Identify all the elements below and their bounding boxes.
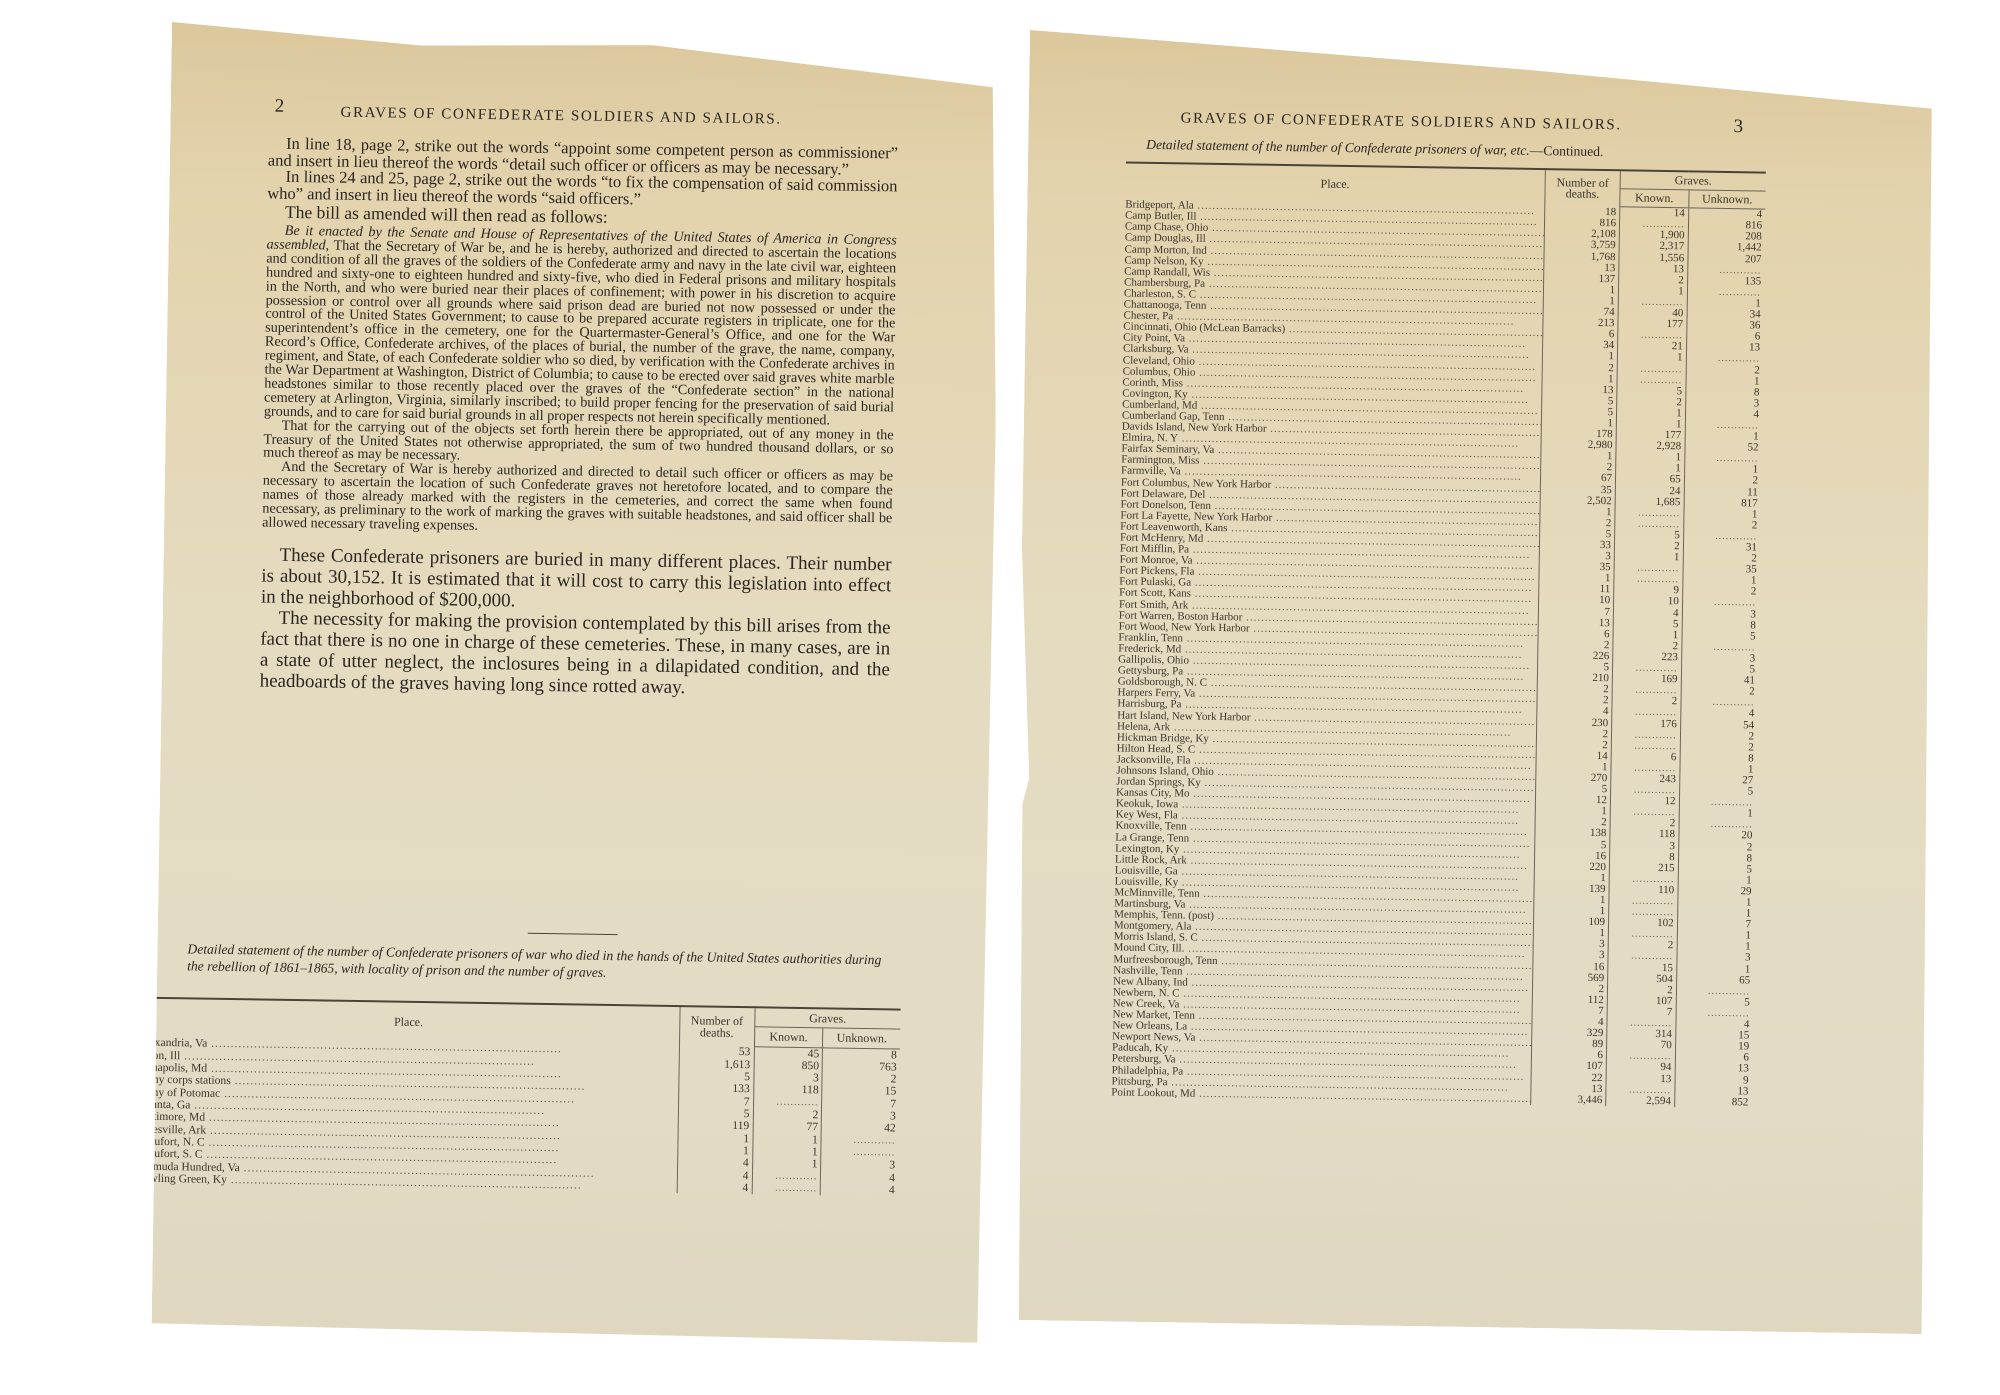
known-cell: 2,594 [1606, 1095, 1675, 1107]
place-name: Alexandria, Va [138, 1037, 208, 1050]
place-name: Bridgeport, Ala [1125, 199, 1194, 211]
body-text: In line 18, page 2, strike out the words… [259, 136, 898, 702]
col-header-unknown: Unknown. [823, 1028, 900, 1049]
page-number: 3 [1733, 116, 1743, 138]
deaths-cell: 1 [677, 1144, 752, 1157]
place-name: Newbern, N. C [1113, 987, 1180, 999]
table-caption: Detailed statement of the number of Conf… [1146, 136, 1846, 164]
place-name: Pittsburg, Pa [1111, 1076, 1167, 1088]
prisoner-graves-table-continued: Place. Number of deaths. Graves. Known. … [1111, 162, 1766, 1109]
left-page: 2 GRAVES OF CONFEDERATE SOLDIERS AND SAI… [151, 22, 1001, 1343]
deaths-cell: 4 [677, 1169, 752, 1182]
col-header-known: Known. [754, 1027, 823, 1047]
place-name: Franklin, Tenn [1118, 632, 1183, 644]
running-head: GRAVES OF CONFEDERATE SOLDIERS AND SAILO… [340, 105, 781, 129]
deaths-cell: 1 [677, 1132, 752, 1145]
col-header-deaths: Number of deaths. [679, 1006, 755, 1046]
bill-section-1: That the Secretary of War be, and he is … [264, 237, 897, 428]
place-name: Helena, Ark [1117, 721, 1170, 733]
place-name: Key West, Fla [1116, 810, 1178, 822]
unknown-cell: 852 [1674, 1096, 1751, 1108]
known-cell: 45 [754, 1046, 823, 1060]
prisoner-graves-table: Place. Number of deaths. Graves. Known. … [136, 997, 901, 1197]
place-name: Clarksburg, Va [1123, 344, 1189, 356]
bill-section-3: And the Secretary of War is hereby autho… [262, 461, 893, 540]
deaths-cell: 53 [679, 1045, 754, 1059]
place-name: Farmville, Va [1121, 466, 1181, 478]
unknown-cell: ............ [821, 1134, 898, 1148]
place-name: Louisville, Ky [1115, 876, 1179, 888]
table-caption: Detailed statement of the number of Conf… [187, 940, 897, 985]
deaths-cell: 133 [678, 1083, 753, 1096]
unknown-cell: 3 [821, 1159, 898, 1173]
place-name: Louisville, Ga [1115, 865, 1178, 877]
place-name: Covington, Ky [1122, 388, 1188, 400]
known-cell: 1 [752, 1158, 821, 1171]
known-cell: ............ [752, 1182, 821, 1195]
report-text: These Confederate prisoners are buried i… [259, 544, 891, 701]
known-cell: ............ [752, 1170, 821, 1183]
place-name: Army of Potomac [137, 1086, 220, 1099]
place-name: Point Lookout, Md [1111, 1087, 1195, 1099]
divider [528, 933, 618, 935]
unknown-cell: 7 [822, 1097, 899, 1111]
deaths-cell: 4 [677, 1156, 752, 1169]
place-name: Corinth, Miss [1122, 377, 1183, 389]
unknown-cell: 15 [822, 1085, 899, 1099]
running-head: GRAVES OF CONFEDERATE SOLDIERS AND SAILO… [1180, 110, 1621, 134]
place-name: Alton, Ill [138, 1049, 181, 1062]
col-header-known: Known. [1620, 189, 1689, 208]
unknown-cell: 4 [821, 1183, 898, 1197]
place-name: Beaufort, N. C [136, 1136, 204, 1149]
place-name: Gettysburg, Pa [1118, 666, 1183, 678]
report-paragraph: The necessity for making the provision c… [259, 607, 890, 701]
table-body: Alexandria, Va .........................… [136, 1037, 900, 1197]
caption-continued: —Continued. [1530, 143, 1604, 159]
place-name: Bowling Green, Ky [136, 1172, 227, 1185]
place-name: Batesville, Ark [137, 1123, 207, 1136]
deaths-cell: 3,446 [1531, 1094, 1606, 1106]
caption-italic: Detailed statement of the number of Conf… [1146, 137, 1530, 158]
place-name: City Point, Va [1123, 333, 1185, 345]
col-header-graves: Graves. [1620, 170, 1766, 191]
unknown-cell: 8 [823, 1047, 900, 1061]
place-name: Atlanta, Ga [137, 1099, 191, 1112]
known-cell: 118 [753, 1084, 822, 1097]
report-paragraph: These Confederate prisoners are buried i… [261, 544, 892, 617]
page-number: 2 [275, 96, 285, 118]
bill-text: Be it enacted by the Senate and House of… [262, 224, 897, 540]
right-page: GRAVES OF CONFEDERATE SOLDIERS AND SAILO… [1010, 30, 1942, 1334]
known-cell: ............ [753, 1096, 822, 1109]
place-name: Army corps stations [137, 1074, 231, 1087]
deaths-cell: 7 [678, 1095, 753, 1108]
place-name: Chester, Pa [1123, 311, 1173, 323]
deaths-cell: 4 [677, 1181, 752, 1194]
place-name: New Creek, Va [1113, 998, 1180, 1010]
known-cell: 1 [752, 1133, 821, 1146]
place-name: Paducah, Ky [1112, 1043, 1168, 1055]
place-name: Keokuk, Iowa [1116, 799, 1179, 811]
place-name: Annapolis, Md [137, 1062, 207, 1075]
col-header-unknown: Unknown. [1688, 190, 1765, 209]
place-name: Lexington, Ky [1115, 843, 1179, 855]
unknown-cell: ............ [821, 1146, 898, 1160]
known-cell: 850 [754, 1059, 823, 1072]
place-name: Petersburg, Va [1112, 1054, 1176, 1066]
place-name: Frederick, Md [1118, 643, 1181, 655]
col-header-graves: Graves. [754, 1007, 900, 1029]
place-name: Elmira, N. Y [1122, 433, 1179, 445]
table-body: Bridgeport, Ala ........................… [1111, 199, 1765, 1108]
place-name: Beaufort, S. C [136, 1148, 203, 1161]
place-name: Baltimore, Md [137, 1111, 205, 1124]
col-header-deaths: Number of deaths. [1545, 169, 1621, 207]
deaths-cell: 1,613 [679, 1058, 754, 1071]
deaths-cell: 119 [678, 1119, 753, 1132]
place-name: Harrisburg, Pa [1117, 699, 1181, 711]
known-cell: 77 [753, 1121, 822, 1134]
known-cell: 1 [752, 1145, 821, 1158]
unknown-cell: 42 [822, 1122, 899, 1136]
place-name: Bermuda Hundred, Va [136, 1160, 240, 1174]
